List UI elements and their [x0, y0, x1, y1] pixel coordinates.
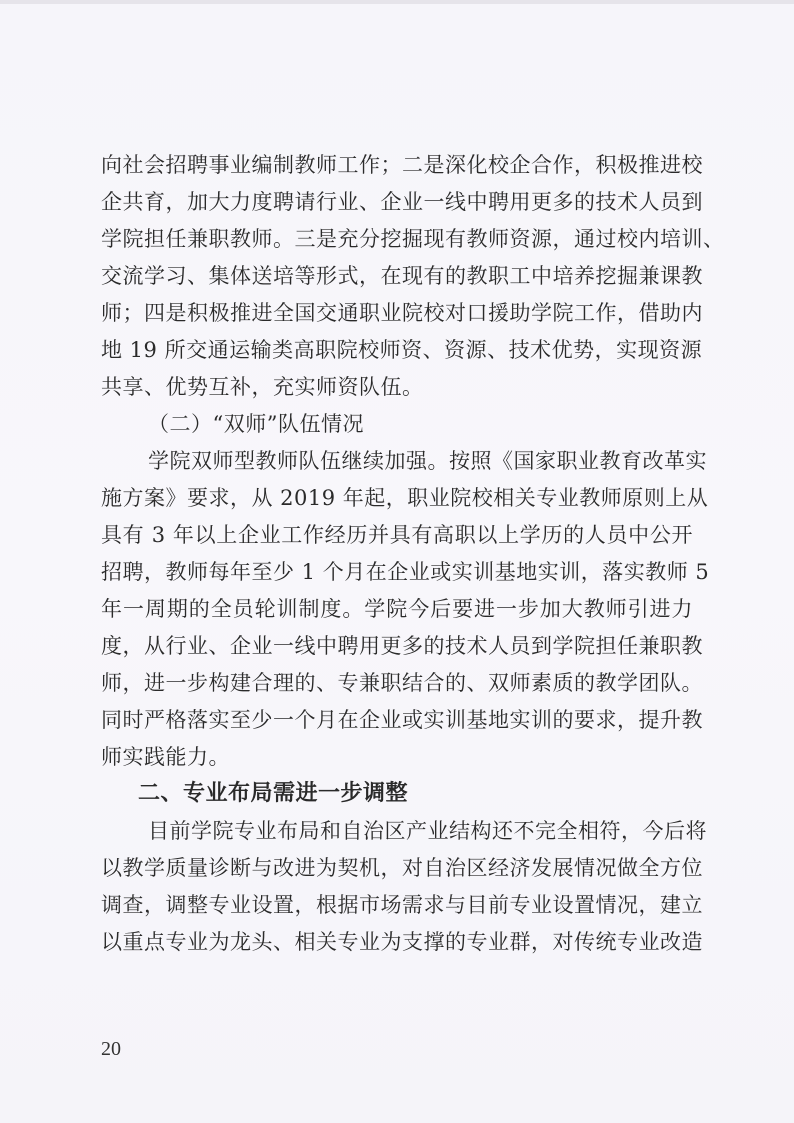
paragraph-line: 师，进一步构建合理的、专兼职结合的、双师素质的教学团队。 [101, 669, 693, 697]
paragraph-line: 以教学质量诊断与改进为契机，对自治区经济发展情况做全方位 [101, 854, 693, 882]
paragraph-line: 年一周期的全员轮训制度。学院今后要进一步加大教师引进力 [101, 595, 693, 623]
paragraph-line: 学院双师型教师队伍继续加强。按照《国家职业教育改革实 [148, 447, 693, 475]
scan-top-edge [0, 0, 794, 4]
paragraph-line: 以重点专业为龙头、相关专业为支撑的专业群，对传统专业改造 [101, 928, 693, 956]
document-page: 向社会招聘事业编制教师工作；二是深化校企合作，积极推进校 企共育，加大力度聘请行… [0, 0, 794, 1123]
subsection-heading: （二）“双师”队伍情况 [148, 410, 364, 438]
paragraph-line: 企共育，加大力度聘请行业、企业一线中聘用更多的技术人员到 [101, 188, 693, 216]
page-number: 20 [101, 1038, 121, 1061]
paragraph-line: 调查，调整专业设置，根据市场需求与目前专业设置情况，建立 [101, 891, 693, 919]
paragraph-line: 交流学习、集体送培等形式，在现有的教职工中培养挖掘兼课教 [101, 262, 693, 290]
paragraph-line: 地 19 所交通运输类高职院校师资、资源、技术优势，实现资源 [101, 336, 693, 364]
paragraph-line: 师；四是积极推进全国交通职业院校对口援助学院工作，借助内 [101, 299, 693, 327]
paragraph-line: 师实践能力。 [101, 743, 693, 771]
paragraph-line: 度，从行业、企业一线中聘用更多的技术人员到学院担任兼职教 [101, 632, 693, 660]
paragraph-line: 学院担任兼职教师。三是充分挖掘现有教师资源，通过校内培训、 [101, 225, 693, 253]
paragraph-line: 向社会招聘事业编制教师工作；二是深化校企合作，积极推进校 [101, 151, 693, 179]
paragraph-line: 招聘，教师每年至少 1 个月在企业或实训基地实训，落实教师 5 [101, 558, 693, 586]
paragraph-line: 具有 3 年以上企业工作经历并具有高职以上学历的人员中公开 [101, 521, 693, 549]
paragraph-line: 目前学院专业布局和自治区产业结构还不完全相符，今后将 [148, 817, 693, 845]
section-heading: 二、专业布局需进一步调整 [138, 780, 408, 808]
paragraph-line: 同时严格落实至少一个月在企业或实训基地实训的要求，提升教 [101, 706, 693, 734]
paragraph-line: 施方案》要求，从 2019 年起，职业院校相关专业教师原则上从 [101, 484, 693, 512]
paragraph-line: 共享、优势互补，充实师资队伍。 [101, 373, 693, 401]
